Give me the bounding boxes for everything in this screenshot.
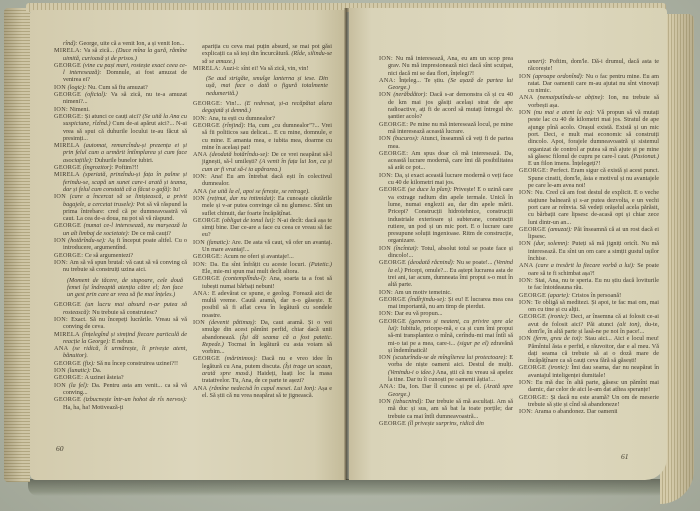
speaker-name: ION: (193, 261, 207, 268)
dialogue-paragraph: ION (reținut, dar nu intimidat): Ea cuno… (193, 195, 332, 217)
speaker-name: ION (54, 193, 66, 200)
speaker-name: ION (193, 319, 205, 326)
dialogue-paragraph: ION (nerăbdător): Dacă s-ar demonstra că… (379, 91, 513, 120)
stage-direction: (Venindu-i o idee.) (388, 369, 435, 376)
dialogue-text: Nu. Cred că am fost destul de explicit. … (528, 189, 659, 225)
speaker-name: ION: (379, 310, 393, 317)
speaker-name: GEORGE (379, 259, 406, 266)
dialogue-text: Nu se poate!... (455, 259, 494, 266)
speaker-name: ION (54, 84, 66, 91)
dialogue-text: Privește! E o uzină care va extrage radi… (388, 186, 513, 244)
dialogue-paragraph: rînd): George, uite că a venit Ion, a și… (54, 40, 187, 47)
speaker-name: ANA: (379, 383, 396, 390)
dialogue-text: Duhurile bunelor iubiri. (93, 157, 154, 164)
speaker-name: ION: (519, 379, 533, 386)
dialogue-paragraph: GEORGE: Pe mine nu mă interesează locul,… (379, 121, 513, 136)
dialogue-text: Pricepi, omule?... Eu aștept lucrarea as… (388, 267, 513, 289)
speaker-name: ION: (54, 106, 68, 113)
book-bottom-shadow (28, 479, 666, 496)
speaker-name: ION (54, 382, 66, 389)
speaker-name: ION: (519, 277, 533, 284)
stage-direction: (fanatic): (205, 239, 230, 246)
dialogue-paragraph: GEORGE (obligat de tonul lui): N-ai decî… (193, 217, 332, 239)
book-page-edges-left (4, 8, 30, 482)
book-gutter (344, 8, 349, 480)
stage-direction: (amuzat): (546, 226, 572, 233)
dialogue-text: Nu. Cum să fiu amuzat? (86, 84, 148, 91)
dialogue-text: A uzinei ăsteia? (83, 374, 123, 381)
dialogue-paragraph: ION (bucuros): Atunci, înseamnă că veți … (379, 135, 513, 150)
speaker-name: ANA: (193, 290, 210, 297)
speaker-name: GEORGE: (193, 100, 222, 107)
dialogue-text: Cristos în persoană! (570, 292, 621, 299)
speaker-name: GEORGE (519, 364, 546, 371)
right-page: ION: Nu mă interesează, Ana, eu am un sc… (349, 8, 667, 480)
stage-direction-paragraph: (Moment de tăcere, de stupoare, cele dou… (54, 277, 187, 299)
dialogue-paragraph: GEORGE: Acum ne oferi și avantaje!... (193, 253, 332, 260)
stage-direction: (încîntat): (391, 245, 419, 252)
speaker-name: MIRELA (54, 171, 80, 178)
dialogue-text: Nimeni. (68, 106, 90, 113)
stage-direction: (deodată hotărîndu-se): (207, 151, 269, 158)
dialogue-paragraph: ION (scuturîndu-se de mîngîierea lui pro… (379, 354, 513, 383)
stage-direction: (sigur pe el) (457, 340, 488, 347)
dialogue-paragraph: GEORGE (izbucnește într-un hohot de rîs … (54, 396, 187, 411)
speaker-name: GEORGE (54, 301, 81, 308)
speaker-name: ANA (519, 262, 533, 269)
dialogue-paragraph: GEORGE (ironic): Îmi dau seama, dar nu n… (519, 364, 659, 379)
speaker-name: ANA (193, 188, 207, 195)
stage-direction: (oficial): (81, 91, 107, 98)
stage-direction: (reținut, dar nu intimidat): (205, 195, 275, 202)
stage-direction: (îl privește surprins, ridică din (406, 420, 484, 427)
page-number-right: 61 (621, 452, 629, 461)
dialogue-paragraph: MIRELA: Va să zică... (Duce mîna la gură… (54, 47, 187, 62)
speaker-name: GEORGE: (379, 150, 408, 157)
stage-direction: (îngrozitor): (81, 164, 113, 171)
dialogue-text: Am un motiv temeinic. (393, 289, 452, 296)
dialogue-paragraph: ION (izbucnind): Dar trebuie să mă ascul… (379, 398, 513, 420)
dialogue-paragraph: ION (lunatic): Da. (54, 367, 187, 374)
stage-direction: (se ridică, îi urmărește, îi privește at… (63, 345, 187, 359)
dialogue-paragraph: GEORGE (amuzat): Păi înseamnă că ai un r… (519, 226, 659, 241)
stage-direction: (aproape ordonînd): (531, 73, 584, 80)
dialogue-paragraph: GEORGE (deodată răcnind): Nu se poate!..… (379, 259, 513, 288)
dialogue-paragraph: GEORGE (contemplîndu-l): Ana, soarta ta … (193, 275, 332, 290)
dialogue-text: Auzi-i: sînt ei! Va să zică, vin, vin! (221, 65, 309, 72)
speaker-name: GEORGE: (193, 253, 222, 260)
dialogue-paragraph: MIRELA: Auzi-i: sînt ei! Va să zică, vin… (193, 65, 332, 72)
dialogue-paragraph: GEORGE: Ce să argumentezi? (54, 252, 187, 259)
stage-direction: (nerăbdător): (391, 91, 427, 98)
speaker-name: MIRELA (54, 142, 80, 149)
dialogue-paragraph: GEORGE (ironic): Deci, ar însemna că ai … (519, 313, 659, 335)
dialogue-text: Ana, tu ești cu dumnealor? (207, 115, 275, 122)
speaker-name: ION: (379, 55, 393, 62)
dialogue-text: Nu mă interesează, Ana, eu am un scop pr… (388, 55, 513, 77)
stage-direction: (alt ton) (617, 321, 639, 328)
dialogue-paragraph: ION: Exact. Să nu începeți lucrările. Vr… (54, 316, 187, 331)
stage-direction: (care a tresărit la fiecare vorbă a lui)… (533, 262, 635, 269)
dialogue-paragraph: ANA (se ridică, îi urmărește, îi priveșt… (54, 345, 187, 360)
speaker-name: ION: (54, 316, 68, 323)
dialogue-paragraph: GEORGE (vine cu pași mari, rostește exac… (54, 62, 187, 84)
dialogue-paragraph: ION: Te obligă să meditezi. Și apoi, te … (519, 299, 659, 314)
speaker-name: GEORGE: (519, 394, 548, 401)
dialogue-paragraph: ION (ferm, greu de tot): Stau aici... Ai… (519, 335, 659, 364)
stage-direction: (se uită la el, apoi se ferește, se retr… (207, 188, 309, 195)
speaker-name: ION: (54, 259, 68, 266)
dialogue-paragraph: GEORGE (numai ce-l interesează, nu marșe… (54, 222, 187, 237)
dialogue-paragraph: ION: Ana, tu ești cu dumnealor? (193, 115, 332, 122)
dialogue-text: Poftim, dom'le. Dă-i drumul, dacă asta t… (528, 58, 659, 72)
stage-direction: (la fel): (66, 382, 89, 389)
dialogue-paragraph: ANA: Înțeleg... Te știu. (Se așază de pa… (379, 77, 513, 92)
dialogue-text: Nu trebuie să construiesc? (91, 309, 158, 316)
speaker-name: ION (193, 239, 205, 246)
dialogue-paragraph: MIRELA (automat, remarcîndu-și prezența … (54, 142, 187, 164)
speaker-name: GEORGE: (54, 252, 83, 259)
dialogue-paragraph: ANA (deodată hotărîndu-se): De ce vrei n… (193, 151, 332, 173)
dialogue-paragraph: ION (hotărîndu-se): Aș fi început poate … (54, 237, 187, 252)
dialogue-paragraph: ION (la fel): Da. Pentru asta am venit..… (54, 382, 187, 397)
dialogue-text: Eu mă duc în altă parte, găsesc un pămîn… (528, 379, 659, 393)
speaker-name: GEORGE: (379, 121, 408, 128)
speaker-name: GEORGE (379, 296, 406, 303)
speaker-name: GEORGE (379, 318, 406, 325)
dialogue-paragraph: GEORGE (aparte): Cristos în persoană! (519, 292, 659, 299)
dialogue-paragraph: ION: Dar eu vă propun... (379, 310, 513, 317)
left-page: rînd): George, uite că a venit Ion, a și… (30, 10, 346, 480)
dialogue-paragraph: GEORGE (rînjind): Ha, cum „cu dumnealor”… (193, 122, 332, 151)
stage-direction: (devenit pătimaș): (205, 319, 257, 326)
dialogue-paragraph: ION: Arama o abandonez. Dar oamenii (519, 408, 659, 415)
book-scan: rînd): George, uite că a venit Ion, a și… (0, 0, 700, 511)
stage-direction: (deodată răcnind): (406, 259, 455, 266)
dialogue-text: E nebun. (110, 338, 134, 345)
stage-direction: (izbucnind): (391, 398, 423, 405)
dialogue-paragraph: ANA (rămîne nedecisă în capul mesei. Lui… (193, 385, 332, 400)
text-column-right-2: umeri): Poftim, dom'le. Dă-i drumul, dac… (519, 58, 659, 416)
stage-direction: (izbucnește într-un hohot de rîs nervos)… (81, 396, 187, 403)
stage-direction: (se duce la plan): (406, 186, 452, 193)
dialogue-paragraph: GEORGE: Am spus doar că mă interesează. … (379, 150, 513, 172)
speaker-name: ION: (519, 408, 533, 415)
text-column-right-1: ION: Nu mă interesează, Ana, eu am un sc… (379, 55, 513, 427)
speaker-name: MIRELA (54, 331, 80, 338)
stage-direction: (Pasionat.) (631, 153, 659, 160)
stage-direction: (Se aud strigăte, smulge lanterna și ies… (206, 75, 328, 97)
dialogue-paragraph: ION: Am un motiv temeinic. (379, 289, 513, 296)
speaker-name: ANA (193, 151, 207, 158)
dialogue-text: Ele, mie-mi spun mai mult decît altora. (202, 268, 299, 275)
dialogue-paragraph: ION (devenit pătimaș): Da, caut aramă. Ș… (193, 319, 332, 355)
stage-direction: (nu mai e atent la ea): (531, 109, 594, 116)
dialogue-text: E adevărat ce spune, e geolog. Forează a… (202, 290, 332, 319)
dialogue-paragraph: ION (nu mai e atent la ea): Vă propun să… (519, 109, 659, 167)
stage-direction: (ferm, greu de tot): (531, 335, 583, 342)
dialogue-paragraph: ION: Da. Eu sînt înfrățit cu aceste locu… (193, 261, 332, 276)
dialogue-paragraph: ION: Nu mă interesează, Ana, eu am un sc… (379, 55, 513, 77)
speaker-name: GEORGE (54, 62, 81, 69)
speaker-name: ION (519, 73, 531, 80)
stage-direction: (Patetic.) (309, 261, 332, 268)
dialogue-text: Da, și exact această lucrare modernă o v… (388, 172, 513, 186)
dialogue-paragraph: ION: Da, și exact această lucrare modern… (379, 172, 513, 187)
dialogue-paragraph: ANA (nemaiputîndu-se abține): Ion, nu tr… (519, 94, 659, 109)
dialogue-paragraph: ANA: Da, Ion. Dar îl cunosc și pe el. (A… (379, 383, 513, 398)
speaker-name: ANA: (379, 77, 396, 84)
dialogue-paragraph: GEORGE: Și dacă nu este aramă? Un om de … (519, 394, 659, 409)
speaker-name: ION (379, 398, 391, 405)
dialogue-text: Și dacă nu este aramă? Un om de meserie … (528, 394, 659, 408)
speaker-name: ION (519, 109, 531, 116)
dialogue-text: Înțeleg... Te știu. (396, 77, 449, 84)
stage-direction: (scuturîndu-se de mîngîierea lui protect… (391, 354, 507, 361)
dialogue-paragraph: GEORGE (fix): Să nu încep construirea uz… (54, 360, 187, 367)
speaker-name: ANA (193, 385, 207, 392)
speaker-name: GEORGE (193, 217, 220, 224)
speaker-name: ION: (379, 289, 393, 296)
speaker-name: ANA (54, 345, 68, 352)
stage-direction: (fix): (81, 360, 95, 367)
dialogue-text: Ce să argumentezi? (83, 252, 133, 259)
stage-direction: (ironic): (546, 313, 569, 320)
speaker-name: GEORGE (54, 164, 81, 171)
speaker-name: GEORGE (519, 226, 546, 233)
speaker-name: MIRELA: (54, 47, 82, 54)
dialogue-paragraph: GEORGE (un lucru mai absurd n-ar putea s… (54, 301, 187, 316)
dialogue-text: Stai, Ana, nu te speria. Eu nu știu dacă… (528, 277, 659, 291)
dialogue-text: Va să zică... (82, 47, 116, 54)
stage-direction: (rînjind): (220, 122, 245, 129)
dialogue-paragraph: ION (fanatic): Are. De asta vă caut, vă … (193, 239, 332, 254)
speaker-name: ION (54, 367, 66, 374)
dialogue-paragraph: ION (aproape ordonînd): Nu o fac pentru … (519, 73, 659, 95)
speaker-name: ION: (519, 189, 533, 196)
stage-direction: (dur, solemn): (531, 240, 569, 247)
dialogue-paragraph: ION (încîntat): Totul, absolut totul se … (379, 245, 513, 260)
stage-direction: umeri): (528, 58, 547, 65)
dialogue-text: Iu! (171, 186, 180, 193)
speaker-name: GEORGE (54, 222, 81, 229)
dialogue-paragraph: GEORGE (îngrozitor): Poftim?!! (54, 164, 187, 171)
speaker-name: GEORGE: (54, 113, 83, 120)
dialogue-paragraph: apariția cu ceva mai puțin absurd, se ma… (193, 43, 332, 65)
stage-direction: (logic): (66, 84, 86, 91)
dialogue-paragraph: ION: Eu mă duc în altă parte, găsesc un … (519, 379, 659, 394)
dialogue-text: Perfect. Eram sigur că există și acest p… (528, 167, 659, 189)
stage-direction: (lunatic): (66, 367, 91, 374)
dialogue-paragraph: ANA (care a tresărit la fiecare vorbă a … (519, 262, 659, 277)
dialogue-paragraph: MIRELA (speriată, prinzîndu-și fața în p… (54, 171, 187, 193)
dialogue-text: Te obligă să meditezi. Și apoi, te fac m… (528, 299, 659, 313)
stage-direction: (speriată, prinzîndu-și fața în palme și… (63, 171, 187, 193)
dialogue-paragraph: GEORGE (mărinimos): Dacă nu e vreo idee … (193, 355, 332, 384)
speaker-name: GEORGE (519, 292, 546, 299)
speaker-name: GEORGE (54, 91, 81, 98)
dialogue-text: Dar eu vă propun... (393, 310, 442, 317)
speaker-name: GEORGE (379, 186, 406, 193)
stage-direction: (obligat de tonul lui): (220, 217, 275, 224)
speaker-name: GEORGE: (54, 374, 83, 381)
dialogue-paragraph: GEORGE (generos și neatent, cu privire s… (379, 318, 513, 354)
speaker-name: ION (379, 91, 391, 98)
dialogue-paragraph: GEORGE (se duce la plan): Privește! E o … (379, 186, 513, 244)
dialogue-paragraph: ANA (se uită la el, apoi se ferește, se … (193, 188, 332, 195)
stage-direction: (rămîne nedecisă în capul mesei. Lui Ion… (207, 385, 316, 392)
speaker-name: ION (379, 354, 391, 361)
dialogue-paragraph: ANA: E adevărat ce spune, e geolog. Fore… (193, 290, 332, 319)
dialogue-paragraph: ION: Nu. Cred că am fost destul de expli… (519, 189, 659, 225)
dialogue-text: De ce mă cauți? (130, 230, 171, 237)
dialogue-text: Acum ne oferi și avantaje!... (222, 253, 293, 260)
speaker-name: GEORGE (193, 275, 220, 282)
speaker-name: GEORGE (54, 360, 81, 367)
dialogue-paragraph: GEORGE (îl privește surprins, ridică din (379, 420, 513, 427)
speaker-name: ION: (519, 299, 533, 306)
dialogue-paragraph: GEORGE: Și atunci ce cauți aici? (Se uit… (54, 113, 187, 142)
speaker-name: GEORGE: (519, 167, 548, 174)
speaker-name: ION (379, 135, 391, 142)
speaker-name: ION (519, 240, 531, 247)
speaker-name: GEORGE (193, 122, 220, 129)
speaker-name: MIRELA: (193, 65, 221, 72)
dialogue-paragraph: ION (logic): Nu. Cum să fiu amuzat? (54, 84, 187, 91)
dialogue-paragraph: ION: Nimeni. (54, 106, 187, 113)
stage-direction: (mărinimos): (220, 355, 257, 362)
stage-direction: (Moment de tăcere, de stupoare, cele dou… (67, 277, 183, 299)
dialogue-paragraph: GEORGE (oficial): Va să zică, nu te-a am… (54, 91, 187, 106)
speaker-name: ION (54, 237, 66, 244)
dialogue-text: Da. (91, 367, 101, 374)
speaker-name: ANA (519, 94, 533, 101)
stage-direction: (bucuros): (391, 135, 419, 142)
stage-direction: (nemaiputîndu-se abține): (533, 94, 604, 101)
speaker-name: ION: (193, 173, 207, 180)
stage-direction: (contemplîndu-l): (220, 275, 267, 282)
speaker-name: GEORGE (193, 355, 220, 362)
stage-direction: (hotărîndu-se): (66, 237, 106, 244)
speaker-name: GEORGE (54, 396, 81, 403)
text-column-left-2: apariția cu ceva mai puțin absurd, se ma… (193, 43, 332, 399)
speaker-name: ION (379, 245, 391, 252)
dialogue-paragraph: GEORGE: Vin!... (E redresat, și-a recăpă… (193, 100, 332, 115)
dialogue-text: Am să vă spun brutal: vă caut să vă conv… (63, 259, 187, 273)
dialogue-text: Da, Ion. Dar îl cunosc și pe el. (396, 383, 484, 390)
dialogue-text: Și atunci ce cauți aici? (83, 113, 142, 120)
speaker-name: GEORGE (379, 420, 406, 427)
speaker-name: ION: (379, 172, 393, 179)
dialogue-text: Poftim?!! (113, 164, 138, 171)
dialogue-paragraph: MIRELA (înțelegînd și simțind fiecare pa… (54, 331, 187, 346)
stage-direction-paragraph: (Se aud strigăte, smulge lanterna și ies… (193, 75, 332, 97)
stage-direction: rînd): (63, 40, 77, 47)
dialogue-paragraph: ION: Ana! Eu am întrebat dacă ești în co… (193, 173, 332, 188)
dialogue-paragraph: ION (dur, solemn): Puteți să mă jigniți … (519, 240, 659, 262)
dialogue-text: Ha, ha, ha! Motivează-ți (63, 404, 123, 411)
text-column-left-1: rînd): George, uite că a venit Ion, a și… (54, 40, 187, 411)
speaker-name: ION (519, 335, 531, 342)
dialogue-paragraph: umeri): Poftim, dom'le. Dă-i drumul, dac… (519, 58, 659, 73)
dialogue-text: Da. Eu sînt înfrățit cu aceste locuri. (207, 261, 309, 268)
dialogue-text: Arama o abandonez. Dar oamenii (533, 408, 618, 415)
dialogue-paragraph: GEORGE (îndîrjindu-se): Și eu! E lucrare… (379, 296, 513, 311)
dialogue-paragraph: ION (care a încercat să se liniștească, … (54, 193, 187, 222)
dialogue-text: E un filon imens. Înțelegeți?! (528, 160, 600, 167)
dialogue-text: Ana! Eu am întrebat dacă ești în colecti… (202, 173, 332, 187)
dialogue-paragraph: GEORGE: Perfect. Eram sigur că există și… (519, 167, 659, 189)
stage-direction: (îndîrjindu-se): (406, 296, 446, 303)
page-number-left: 60 (56, 444, 64, 453)
dialogue-text: Exact. Să nu începeți lucrările. Vreau s… (63, 316, 187, 330)
stage-direction: (aparte): (546, 292, 570, 299)
dialogue-text: Vin!... (222, 100, 244, 107)
speaker-name: ION (193, 195, 205, 202)
stage-direction: (ironic): (546, 364, 569, 371)
dialogue-paragraph: GEORGE: A uzinei ăsteia? (54, 374, 187, 381)
dialogue-text: George, uite că a venit Ion, a și venit … (77, 40, 184, 47)
dialogue-paragraph: ION: Am să vă spun brutal: vă caut să vă… (54, 259, 187, 274)
speaker-name: GEORGE (519, 313, 546, 320)
speaker-name: ION: (193, 115, 207, 122)
dialogue-paragraph: ION: Stai, Ana, nu te speria. Eu nu știu… (519, 277, 659, 292)
dialogue-text: Să nu încep construirea uzinei?!! (95, 360, 178, 367)
